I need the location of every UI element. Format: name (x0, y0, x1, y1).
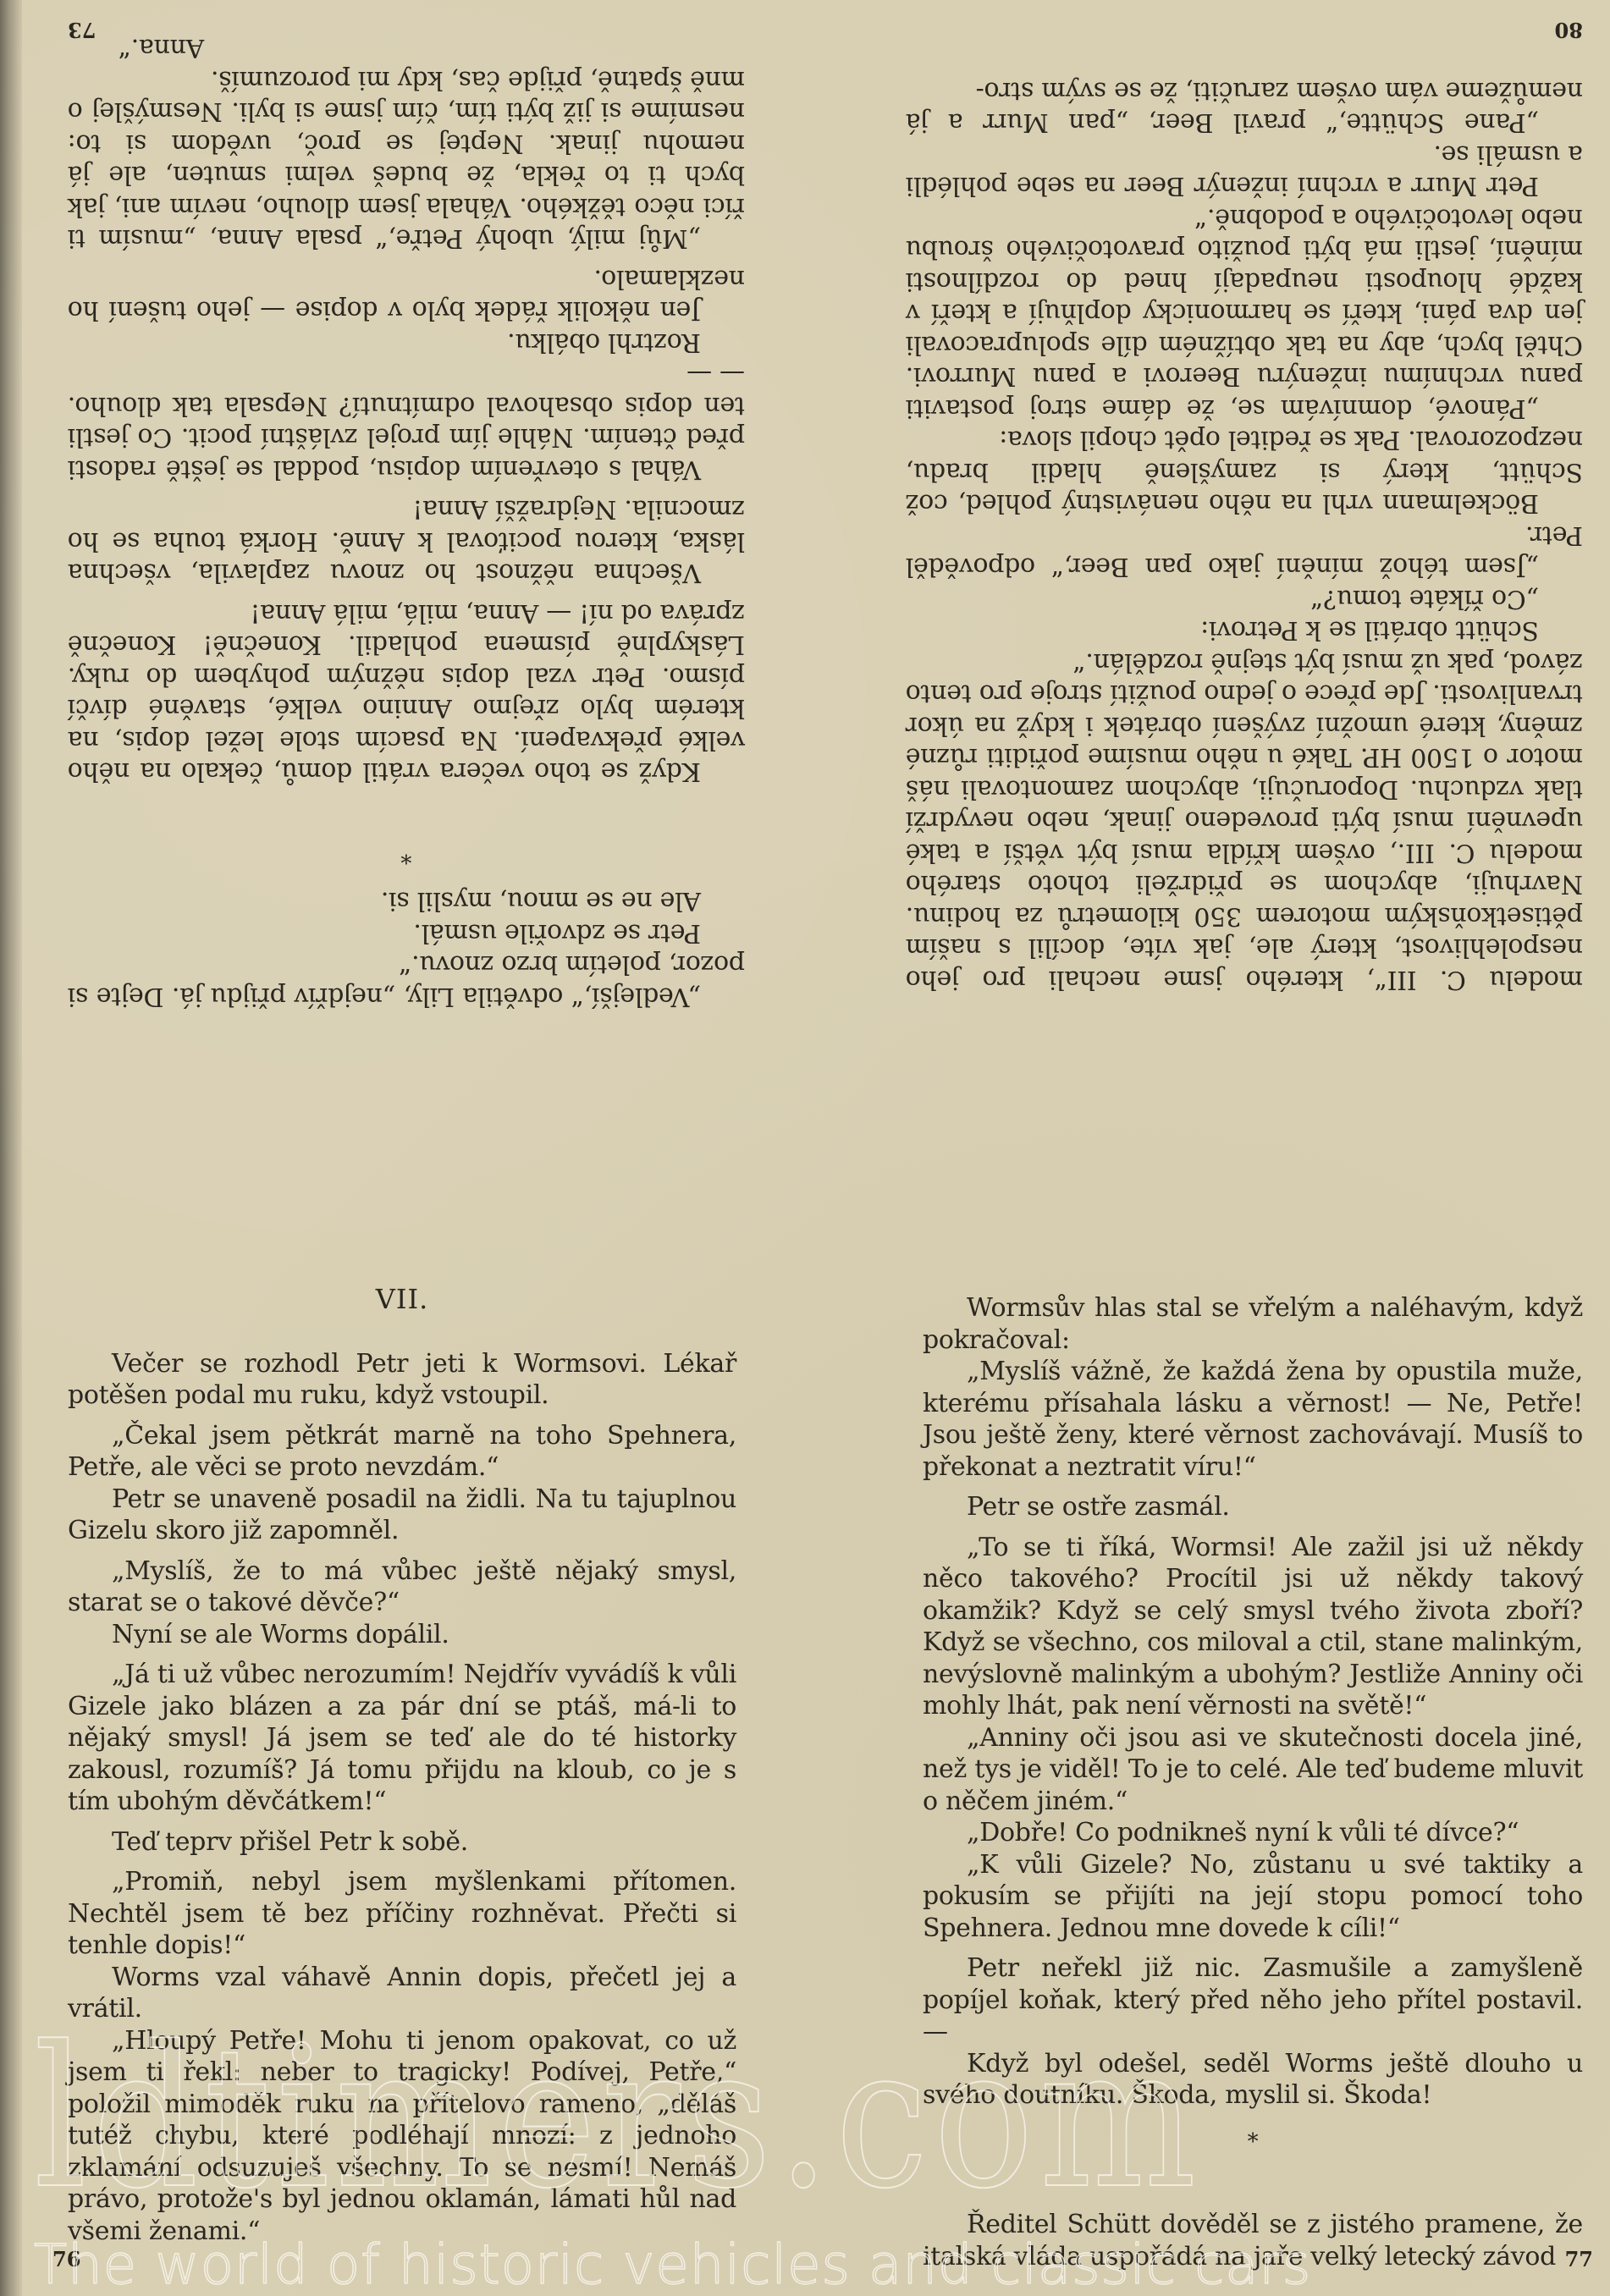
page-80-body: modelu C. III“, kterého jsme nechali pro… (906, 75, 1583, 996)
page-76: VII. Večer se rozhodl Petr jeti k Wormso… (68, 1148, 736, 2296)
paragraph: „Vedlejší,“ odvětila Lily, „nejdřív přij… (68, 949, 745, 1012)
paragraph: Nyní se ale Worms dopálil. (68, 1619, 736, 1651)
page-76-body: VII. Večer se rozhodl Petr jeti k Wormso… (68, 1148, 736, 2247)
paragraph: Worms vzal váhavě Annin dopis, přečetl j… (68, 1962, 736, 2025)
paragraph: modelu C. III“, kterého jsme nechali pro… (906, 647, 1583, 996)
section-separator-asterisk: * (68, 839, 745, 871)
section-separator-asterisk: * (923, 2127, 1583, 2159)
paragraph: Böckelmann vrhl na něho nenávistný pohle… (906, 424, 1583, 520)
paragraph: Jen několik řádek bylo v dopise — jeho t… (68, 263, 745, 327)
page-73-body: „Vedlejší,“ odvětila Lily, „nejdřív přij… (68, 32, 745, 1012)
paragraph: „To se ti říká, Wormsi! Ale zažil jsi už… (923, 1532, 1583, 1722)
page-77: Wormsův hlas stal se vřelým a naléhavým,… (923, 1148, 1583, 2296)
page-number: 76 (52, 2247, 80, 2271)
paragraph: Ale ne se mnou, myslil si. (68, 885, 745, 917)
paragraph: Teď teprv přišel Petr k sobě. (68, 1826, 736, 1858)
paragraph: Když se toho večera vrátil domů, čekalo … (68, 597, 745, 788)
page-number: 73 (68, 18, 96, 42)
paragraph: „Myslíš vážně, že každá žena by opustila… (923, 1356, 1583, 1483)
paragraph: „Myslíš, že to má vůbec ještě nějaký smy… (68, 1555, 736, 1619)
paragraph: Petr neřekl již nic. Zasmušile a zamyšle… (923, 1952, 1583, 2048)
paragraph: Večer se rozhodl Petr jeti k Wormsovi. L… (68, 1348, 736, 1412)
page-80: modelu C. III“, kterého jsme nechali pro… (906, 0, 1583, 1148)
paragraph: Petr se zdvořile usmál. (68, 917, 745, 950)
paragraph: Ředitel Schütt dověděl se z jistého pram… (923, 2209, 1583, 2272)
paragraph: „Anniny oči jsou asi ve skutečnosti doce… (923, 1722, 1583, 1818)
paragraph: „Promiň, nebyl jsem myšlenkami přítomen.… (68, 1866, 736, 1962)
paragraph: „Můj milý, ubohý Petře,“ psala Anna, „mu… (68, 64, 745, 255)
paragraph: Když byl odešel, seděl Worms ještě dlouh… (923, 2048, 1583, 2112)
paragraph: „Pane Schütte,“ pravil Beer, „pan Murr a… (906, 75, 1583, 139)
paragraph: „Pánové, domnívám se, že dáme stroj post… (906, 202, 1583, 425)
paragraph: Všechna něžnost ho znovu zaplavila, všec… (68, 493, 745, 589)
paragraph: „Hloupý Petře! Mohu ti jenom opakovat, c… (68, 2025, 736, 2248)
paragraph: „K vůli Gizele? No, zůstanu u své taktik… (923, 1849, 1583, 1945)
chapter-heading: VII. (68, 1284, 736, 1316)
page-77-body: Wormsův hlas stal se vřelým a naléhavým,… (923, 1148, 1583, 2272)
paragraph: Schütt obrátil se k Petrovi: (906, 614, 1583, 647)
page-73: „Vedlejší,“ odvětila Lily, „nejdřív přij… (68, 0, 745, 1148)
upside-down-spread: modelu C. III“, kterého jsme nechali pro… (0, 0, 1610, 1148)
paragraph: Wormsův hlas stal se vřelým a naléhavým,… (923, 1292, 1583, 1356)
page-number: 80 (1555, 18, 1583, 42)
page-number: 77 (1565, 2247, 1593, 2271)
paragraph: Petr se unaveně posadil na židli. Na tu … (68, 1484, 736, 1547)
paragraph: Váhal s otevřením dopisu, poddal se ješt… (68, 358, 745, 485)
upright-spread: VII. Večer se rozhodl Petr jeti k Wormso… (0, 1148, 1610, 2296)
letter-signature: Anna.“ (68, 32, 745, 64)
paragraph: Roztrhl obálku. (68, 327, 745, 359)
paragraph: „Co říkáte tomu?“ (906, 583, 1583, 615)
paragraph: „Jsem téhož mínění jako pan Beer,“ odpov… (906, 520, 1583, 583)
paragraph: Petr se ostře zasmál. (923, 1491, 1583, 1523)
paragraph: „Čekal jsem pětkrát marně na toho Spehne… (68, 1420, 736, 1484)
paragraph: Petr Murr a vrchní inženýr Beer na sebe … (906, 139, 1583, 202)
paragraph: „Dobře! Co podnikneš nyní k vůli té dívc… (923, 1817, 1583, 1849)
paragraph: „Já ti už vůbec nerozumím! Nejdřív vyvád… (68, 1659, 736, 1818)
